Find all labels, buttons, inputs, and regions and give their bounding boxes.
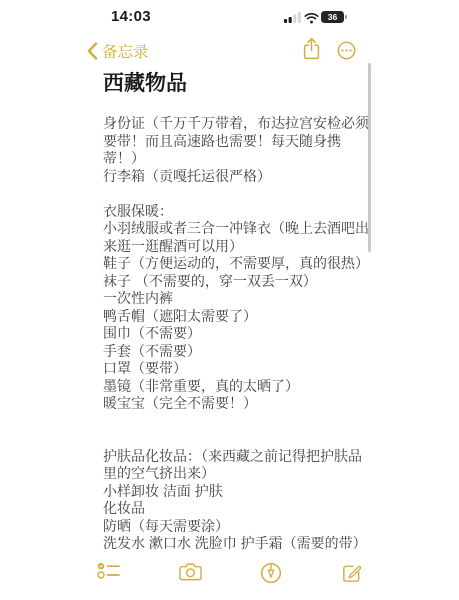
back-button[interactable]: 备忘录: [87, 40, 149, 62]
battery-icon: 36: [321, 11, 344, 23]
note-line: 防晒（每天需要涂）: [103, 518, 370, 536]
note-line: 小羽绒服或者三合一冲锋衣（晚上去酒吧出来逛一逛醒酒可以用）: [103, 220, 370, 255]
checklist-icon: [97, 562, 120, 579]
note-line: 洗发水 漱口水 洗脸巾 护手霜（需要的带）: [103, 535, 370, 553]
note-content[interactable]: 西藏物品 身份证（千万千万带着，布达拉宫安检必须要带！而且高速路也需要！每天随身…: [103, 71, 370, 553]
note-line: 口罩（要带）: [103, 360, 370, 378]
camera-icon: [179, 562, 202, 581]
note-title: 西藏物品: [103, 71, 370, 97]
note-section-documents: 身份证（千万千万带着，布达拉宫安检必须要带！而且高速路也需要！每天随身携蒂！） …: [103, 115, 370, 185]
more-options-button[interactable]: [337, 41, 356, 60]
compose-button[interactable]: [340, 562, 363, 585]
scrollbar[interactable]: [368, 63, 371, 252]
note-line: 鸭舌帽（遮阳太需要了）: [103, 308, 370, 326]
note-section-clothing: 衣服保暖： 小羽绒服或者三合一冲锋衣（晚上去酒吧出来逛一逛醒酒可以用） 鞋子（方…: [103, 203, 370, 413]
note-line: 一次性内裤: [103, 290, 370, 308]
note-line: 墨镜（非常重要，真的太晒了）: [103, 378, 370, 396]
markup-button[interactable]: [260, 562, 283, 585]
note-line: 小样卸妆 洁面 护肤: [103, 483, 370, 501]
note-line: 护肤品化妆品：（来西藏之前记得把护肤品里的空气挤出来）: [103, 448, 370, 483]
share-button[interactable]: [302, 37, 321, 60]
note-line: 衣服保暖：: [103, 203, 370, 221]
cellular-signal-icon: [284, 12, 301, 23]
note-line: 暖宝宝（完全不需要！）: [103, 395, 370, 413]
wifi-icon: [304, 12, 319, 24]
note-section-skincare: 护肤品化妆品：（来西藏之前记得把护肤品里的空气挤出来） 小样卸妆 洁面 护肤 化…: [103, 448, 370, 553]
battery-percent: 36: [328, 12, 337, 22]
ellipsis-circle-icon: [337, 41, 356, 60]
compose-icon: [340, 562, 363, 585]
back-button-label: 备忘录: [102, 40, 149, 62]
note-line: 行李箱（贡嘎托运很严格）: [103, 168, 370, 186]
checklist-button[interactable]: [97, 562, 120, 585]
note-line: 鞋子（方便运动的，不需要厚，真的很热）: [103, 255, 370, 273]
chevron-left-icon: [87, 42, 98, 60]
note-line: 袜子 （不需要的，穿一双丢一双）: [103, 273, 370, 291]
note-line: 化妆品: [103, 500, 370, 518]
note-line: 围巾（不需要）: [103, 325, 370, 343]
note-line: 手套（不需要）: [103, 343, 370, 361]
camera-button[interactable]: [179, 562, 202, 585]
status-time: 14:03: [111, 8, 151, 25]
note-line: 身份证（千万千万带着，布达拉宫安检必须要带！而且高速路也需要！每天随身携蒂！）: [103, 115, 370, 168]
pencil-tip-circle-icon: [260, 562, 283, 584]
share-icon: [302, 37, 321, 60]
